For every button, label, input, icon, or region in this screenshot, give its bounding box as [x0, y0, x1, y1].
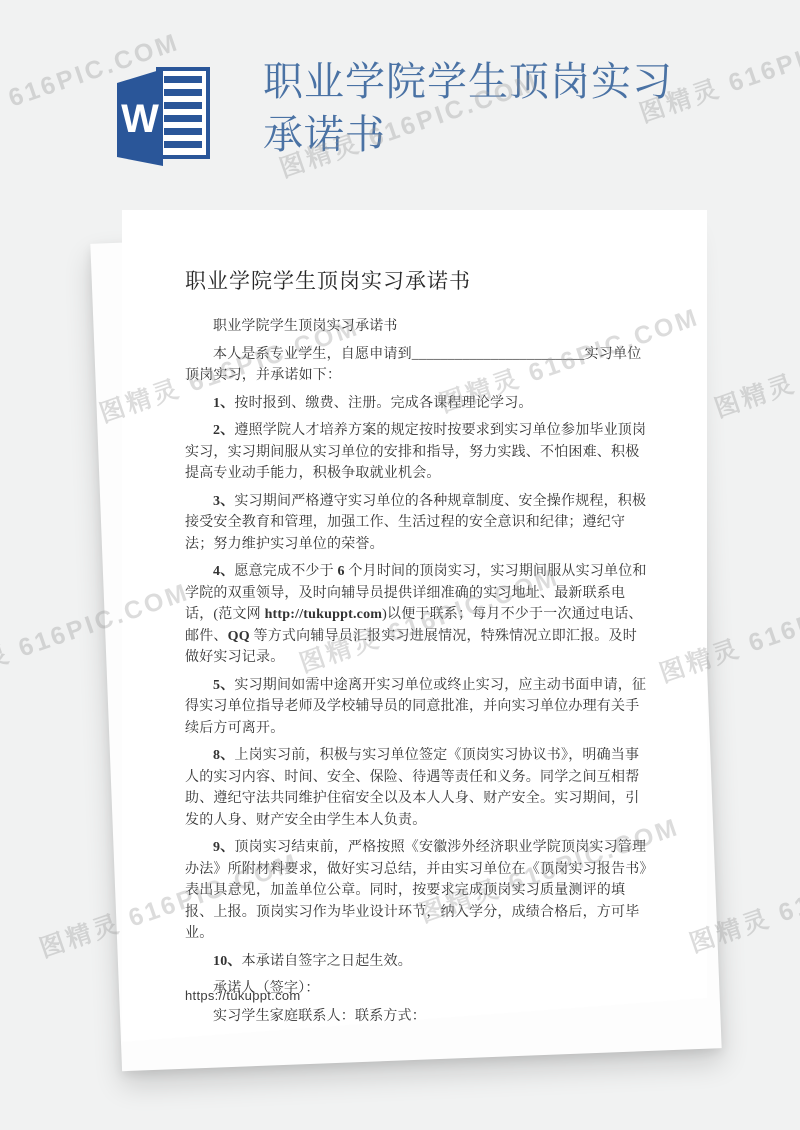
document-body: 职业学院学生顶岗实习承诺书本人是系专业学生，自愿申请到_____________…	[185, 316, 651, 1027]
paragraph: 9、顶岗实习结束前，严格按照《安徽涉外经济职业学院顶岗实习管理办法》所附材料要求…	[185, 837, 651, 945]
paragraph: 5、实习期间如需中途离开实习单位或终止实习，应主动书面申请，征得实习单位指导老师…	[185, 675, 651, 740]
paragraph: 1、按时报到、缴费、注册。完成各课程理论学习。	[185, 393, 651, 415]
paragraph: 10、本承诺自签字之日起生效。	[185, 951, 651, 973]
paragraph: 4、愿意完成不少于 6 个月时间的顶岗实习，实习期间服从实习单位和学院的双重领导…	[185, 561, 651, 669]
paragraph: 8、上岗实习前，积极与实习单位签定《顶岗实习协议书》，明确当事人的实习内容、时间…	[185, 745, 651, 831]
paragraph: 3、实习期间严格遵守实习单位的各种规章制度、安全操作规程，积极接受安全教育和管理…	[185, 491, 651, 556]
watermark: 图精灵 616PIC.COM	[709, 302, 800, 425]
word-icon: W	[114, 60, 214, 180]
page-title-line2: 承诺书	[263, 109, 673, 162]
paragraph: 职业学院学生顶岗实习承诺书	[185, 316, 651, 338]
page-title-line1: 职业学院学生顶岗实习	[263, 56, 673, 109]
document-page: 职业学院学生顶岗实习承诺书 职业学院学生顶岗实习承诺书本人是系专业学生，自愿申请…	[122, 210, 707, 1042]
page-title: 职业学院学生顶岗实习 承诺书	[263, 56, 673, 162]
page-background: W 职业学院学生顶岗实习 承诺书 职业学院学生顶岗实习承诺书 职业学院学生顶岗实…	[0, 0, 800, 1130]
word-letter: W	[121, 97, 159, 141]
paragraph: 2、遵照学院人才培养方案的规定按时按要求到实习单位参加毕业顶岗实习，实习期间服从…	[185, 420, 651, 485]
document-heading: 职业学院学生顶岗实习承诺书	[185, 266, 651, 296]
paragraph: 本人是系专业学生，自愿申请到________________________实习…	[185, 344, 651, 387]
footer-link: https://tukuppt.com	[185, 988, 301, 1003]
